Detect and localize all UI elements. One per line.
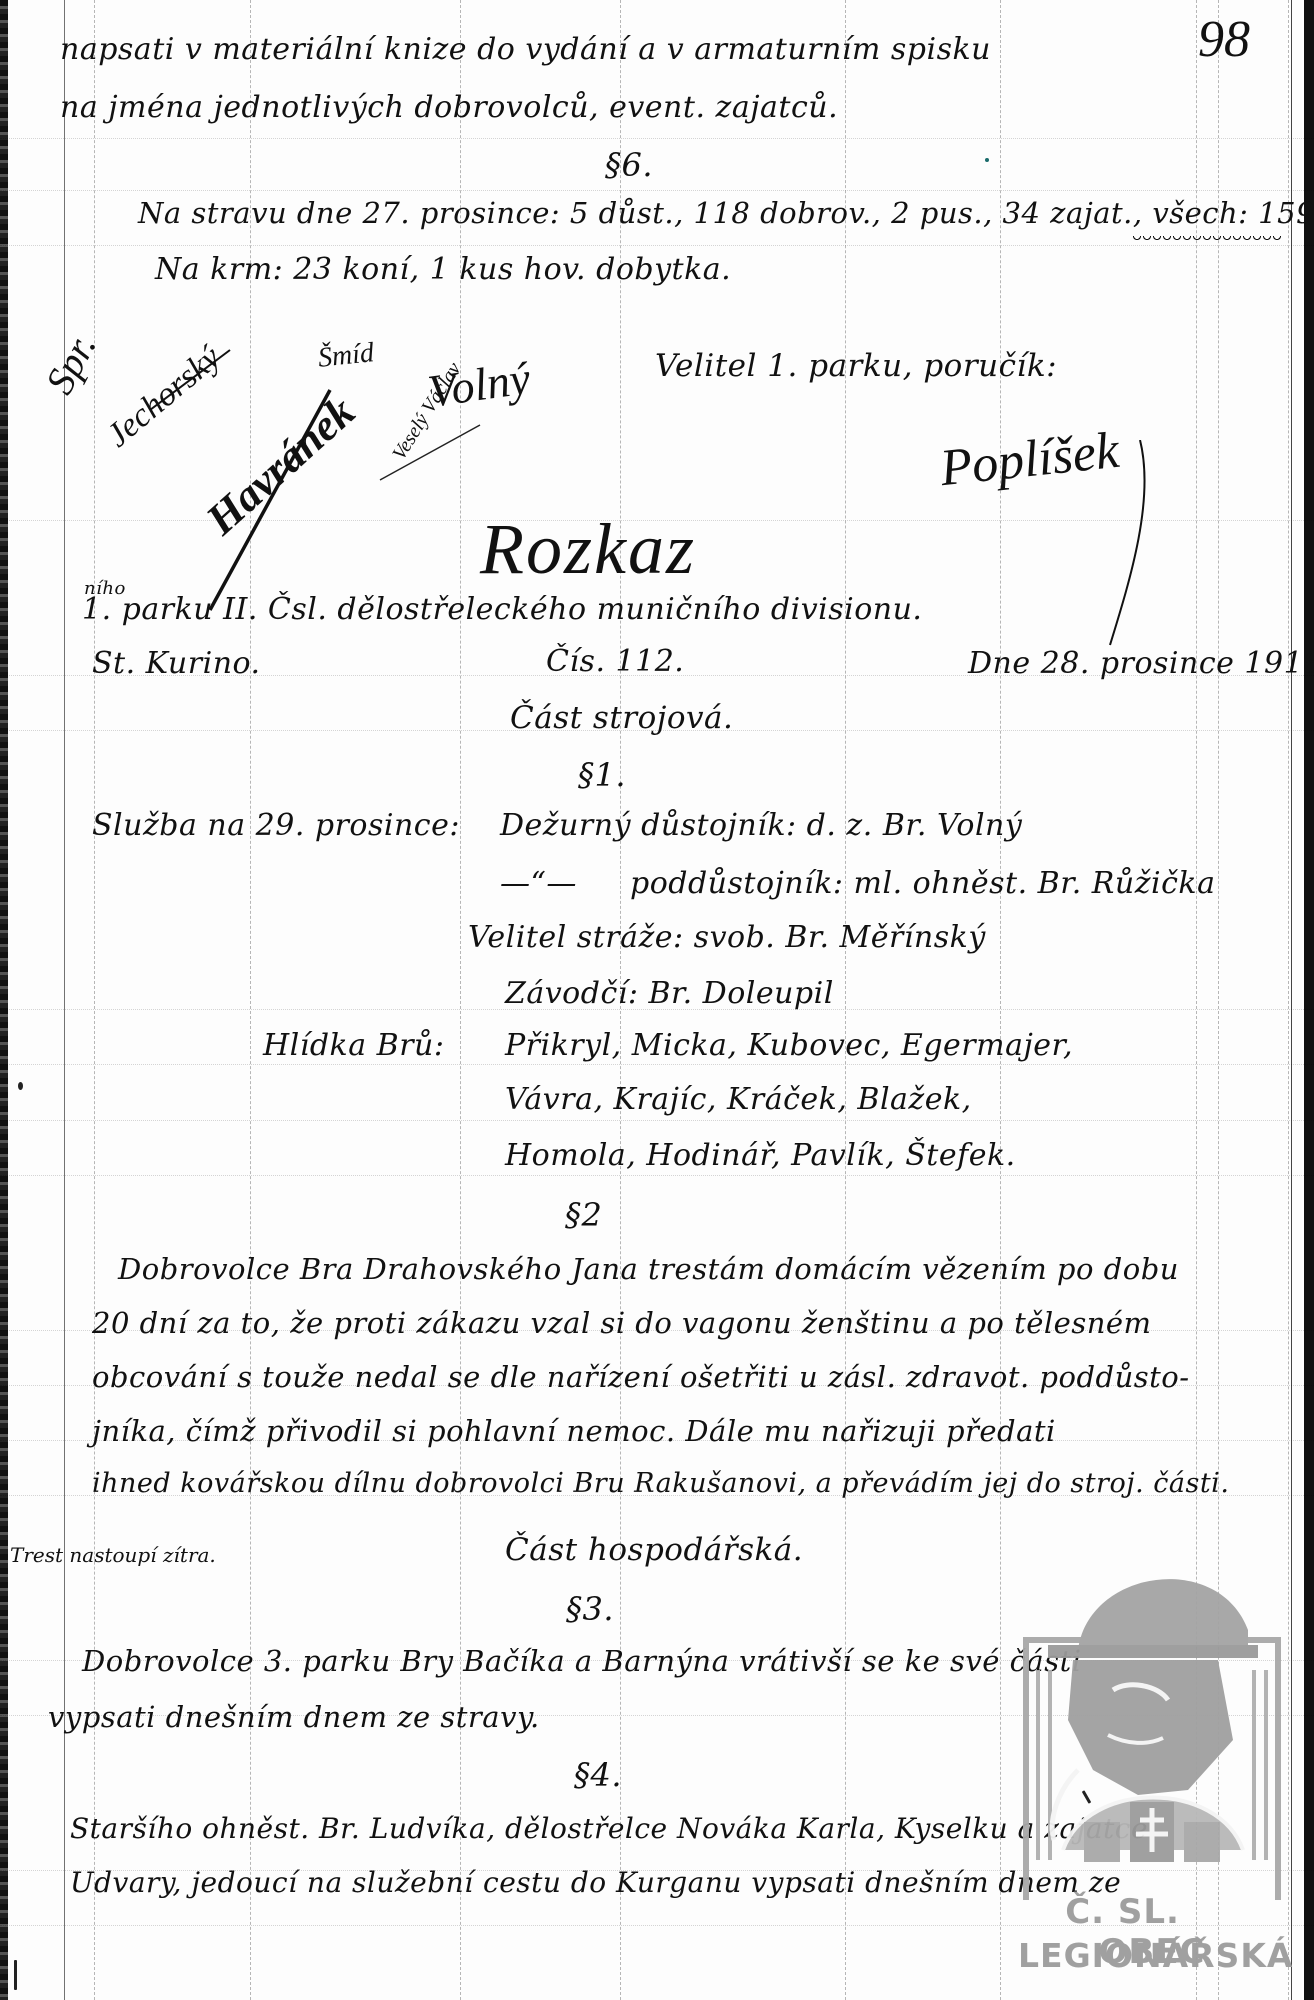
scan-edge-right: [1302, 0, 1314, 2000]
order-number: Čís. 112.: [546, 644, 684, 679]
section-6-mark: §6.: [605, 146, 653, 184]
part-military-heading: Část strojová.: [510, 700, 733, 736]
order-subtitle: 1. parku II. Čsl. dělostřeleckého muničn…: [82, 592, 922, 627]
ink-speck: [14, 1960, 17, 1990]
watermark-legionarska: LEGIONÁŘSKÁ: [1018, 1936, 1286, 1975]
orderly: Závodčí: Br. Doleupil: [505, 976, 834, 1011]
signature-flourish-icon: [1100, 440, 1180, 650]
commander-title: Velitel 1. parku, poručík:: [655, 348, 1057, 384]
grid-hline: [0, 1175, 1314, 1176]
ink-speck: [18, 1082, 23, 1090]
section-2-line-2: 20 dní za to, že proti zákazu vzal si do…: [92, 1306, 1282, 1340]
grid-hline: [0, 245, 1314, 246]
ink-speck: [985, 158, 989, 162]
signature-spr: Spr.: [35, 325, 105, 401]
order-title: Rozkaz: [480, 508, 696, 591]
section-2-line-4: jníka, čímž přivodil si pohlavní nemoc. …: [92, 1414, 1282, 1448]
grid-vline: [1288, 0, 1289, 2000]
section-2-line-5: ihned kovářskou dílnu dobrovolci Bru Rak…: [92, 1468, 1282, 1499]
patrol-line-2: Vávra, Krajíc, Kráček, Blažek,: [505, 1082, 972, 1117]
duty-nco: poddůstojník: ml. ohněst. Br. Růžička: [630, 866, 1215, 901]
duty-label: Služba na 29. prosince:: [92, 808, 460, 843]
duty-officer: Dežurný důstojník: d. z. Br. Volný: [500, 808, 1022, 843]
page-number: 98: [1198, 10, 1250, 69]
legion-watermark-logo: Č. SL. OBEC LEGIONÁŘSKÁ: [1018, 1540, 1286, 1980]
watermark-csl: Č. SL.: [1065, 1892, 1180, 1932]
section-3-mark: §3.: [566, 1590, 614, 1628]
ditto-mark: —“—: [500, 866, 577, 901]
commander-signature: Poplíšek: [937, 421, 1121, 498]
guard-commander: Velitel stráže: svob. Br. Měřínský: [468, 920, 986, 955]
legionnaire-emblem-icon: [1018, 1540, 1286, 1900]
carryover-line-2: na jména jednotlivých dobrovolců, event.…: [60, 90, 838, 125]
section-4-mark: §4.: [574, 1756, 622, 1794]
grid-hline: [0, 190, 1314, 191]
scan-edge-left: [0, 0, 8, 2000]
grid-hline: [0, 1120, 1314, 1121]
part-economic-heading: Část hospodářská.: [505, 1532, 803, 1568]
total-underline: [1132, 236, 1282, 242]
section-2-mark: §2: [565, 1196, 602, 1234]
margin-rule-right: [1291, 0, 1292, 2000]
section-6-fodder-line: Na krm: 23 koní, 1 kus hov. dobytka.: [155, 252, 731, 287]
section-1-mark: §1.: [578, 756, 626, 794]
grid-hline: [0, 1064, 1314, 1065]
grid-hline: [0, 138, 1314, 139]
section-6-rations-line: Na stravu dne 27. prosince: 5 důst., 118…: [138, 196, 1314, 230]
scanned-document-page: 98 napsati v materiální knize do vydání …: [0, 0, 1314, 2000]
order-place: St. Kurino.: [92, 646, 261, 681]
patrol-label: Hlídka Brů:: [263, 1028, 444, 1063]
patrol-line-3: Homola, Hodinář, Pavlík, Štefek.: [505, 1138, 1016, 1173]
order-date: Dne 28. prosince 1918.: [968, 646, 1314, 681]
margin-note: Trest nastoupí zítra.: [10, 1543, 216, 1567]
carryover-line-1: napsati v materiální knize do vydání a v…: [60, 32, 991, 67]
section-2-line-1: Dobrovolce Bra Drahovského Jana trestám …: [118, 1252, 1308, 1286]
patrol-line-1: Přikryl, Micka, Kubovec, Egermajer,: [505, 1028, 1073, 1063]
section-2-line-3: obcování s touže nedal se dle nařízení o…: [92, 1360, 1282, 1394]
